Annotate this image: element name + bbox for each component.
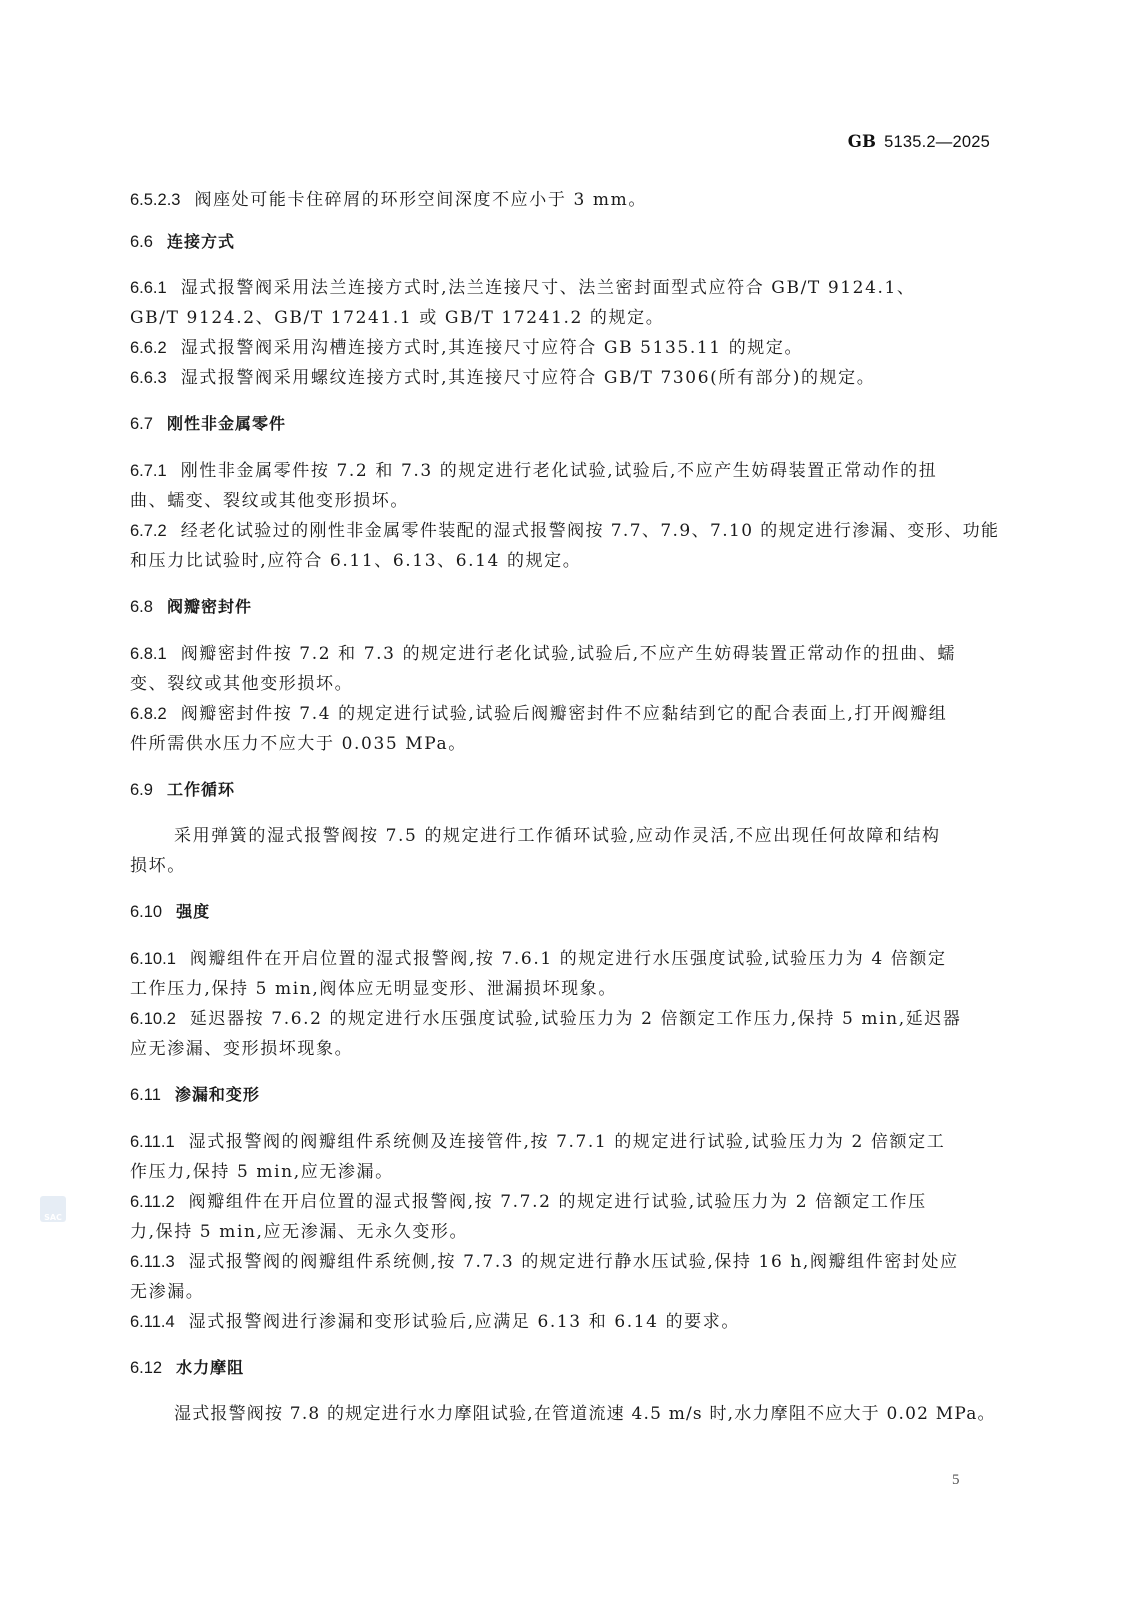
clause-number: 6.11.4 xyxy=(130,1313,175,1331)
clause-text: 阀瓣组件在开启位置的湿式报警阀,按 7.6.1 的规定进行水压强度试验,试验压力… xyxy=(190,949,947,969)
continuation-line: 和压力比试验时,应符合 6.11、6.13、6.14 的规定。 xyxy=(130,549,581,573)
clause-number: 6.7.2 xyxy=(130,522,167,540)
clause-number: 6.7.1 xyxy=(130,462,167,480)
section-title: 强度 xyxy=(176,902,210,921)
standard-code-header: GB5135.2—2025 xyxy=(848,132,990,152)
clause-number: 6.10.1 xyxy=(130,950,176,968)
section-heading: 6.12水力摩阻 xyxy=(130,1356,244,1380)
section-heading: 6.6连接方式 xyxy=(130,230,235,254)
section-heading: 6.11渗漏和变形 xyxy=(130,1083,260,1107)
continuation-line: 件所需供水压力不应大于 0.035 MPa。 xyxy=(130,732,467,756)
continuation-line: GB/T 9124.2、GB/T 17241.1 或 GB/T 17241.2 … xyxy=(130,306,664,330)
body-text: 曲、蠕变、裂纹或其他变形损坏。 xyxy=(130,491,409,511)
body-text: 力,保持 5 min,应无渗漏、无永久变形。 xyxy=(130,1222,468,1242)
body-text: 应无渗漏、变形损坏现象。 xyxy=(130,1039,353,1059)
continuation-line: 曲、蠕变、裂纹或其他变形损坏。 xyxy=(130,489,409,513)
page-number: 5 xyxy=(952,1472,960,1489)
body-text: 湿式报警阀按 7.8 的规定进行水力摩阻试验,在管道流速 4.5 m/s 时,水… xyxy=(174,1404,996,1424)
sac-watermark-icon: SAC xyxy=(40,1196,66,1222)
section-title: 阀瓣密封件 xyxy=(167,597,252,616)
section-heading: 6.9工作循环 xyxy=(130,778,235,802)
clause-line: 6.6.3湿式报警阀采用螺纹连接方式时,其连接尺寸应符合 GB/T 7306(所… xyxy=(130,366,875,390)
clause-number: 6.6.2 xyxy=(130,339,167,357)
standard-number: 5135.2—2025 xyxy=(884,133,990,151)
clause-number: 6.11.1 xyxy=(130,1133,175,1151)
section-number: 6.12 xyxy=(130,1359,162,1377)
section-number: 6.9 xyxy=(130,781,153,799)
clause-line: 6.7.1刚性非金属零件按 7.2 和 7.3 的规定进行老化试验,试验后,不应… xyxy=(130,459,937,483)
clause-text: 刚性非金属零件按 7.2 和 7.3 的规定进行老化试验,试验后,不应产生妨碍装… xyxy=(181,461,938,481)
clause-text: 经老化试验过的刚性非金属零件装配的湿式报警阀按 7.7、7.9、7.10 的规定… xyxy=(181,521,1000,541)
section-number: 6.6 xyxy=(130,233,153,251)
clause-number: 6.6.1 xyxy=(130,279,167,297)
clause-number: 6.6.3 xyxy=(130,369,167,387)
body-text: 无渗漏。 xyxy=(130,1282,204,1302)
clause-text: 延迟器按 7.6.2 的规定进行水压强度试验,试验压力为 2 倍额定工作压力,保… xyxy=(190,1009,962,1029)
clause-line: 6.7.2经老化试验过的刚性非金属零件装配的湿式报警阀按 7.7、7.9、7.1… xyxy=(130,519,999,543)
continuation-line: 无渗漏。 xyxy=(130,1280,204,1304)
clause-number: 6.5.2.3 xyxy=(130,191,180,209)
clause-line: 6.8.2阀瓣密封件按 7.4 的规定进行试验,试验后阀瓣密封件不应黏结到它的配… xyxy=(130,702,947,726)
clause-text: 湿式报警阀采用法兰连接方式时,法兰连接尺寸、法兰密封面型式应符合 GB/T 91… xyxy=(181,278,916,298)
clause-text: 阀瓣密封件按 7.4 的规定进行试验,试验后阀瓣密封件不应黏结到它的配合表面上,… xyxy=(181,704,948,724)
body-text: 损坏。 xyxy=(130,856,186,876)
body-text: 件所需供水压力不应大于 0.035 MPa。 xyxy=(130,734,467,754)
clause-text: 湿式报警阀进行渗漏和变形试验后,应满足 6.13 和 6.14 的要求。 xyxy=(189,1312,740,1332)
clause-line: 6.6.1湿式报警阀采用法兰连接方式时,法兰连接尺寸、法兰密封面型式应符合 GB… xyxy=(130,276,916,300)
clause-line: 6.11.2阀瓣组件在开启位置的湿式报警阀,按 7.7.2 的规定进行试验,试验… xyxy=(130,1190,927,1214)
clause-text: 湿式报警阀采用螺纹连接方式时,其连接尺寸应符合 GB/T 7306(所有部分)的… xyxy=(181,368,876,388)
clause-line: 6.5.2.3阀座处可能卡住碎屑的环形空间深度不应小于 3 mm。 xyxy=(130,188,647,212)
section-heading: 6.8阀瓣密封件 xyxy=(130,595,252,619)
body-text: 作压力,保持 5 min,应无渗漏。 xyxy=(130,1162,394,1182)
paragraph-line: 采用弹簧的湿式报警阀按 7.5 的规定进行工作循环试验,应动作灵活,不应出现任何… xyxy=(130,824,941,848)
clause-text: 阀瓣密封件按 7.2 和 7.3 的规定进行老化试验,试验后,不应产生妨碍装置正… xyxy=(181,644,956,664)
section-heading: 6.7刚性非金属零件 xyxy=(130,412,286,436)
clause-line: 6.10.1阀瓣组件在开启位置的湿式报警阀,按 7.6.1 的规定进行水压强度试… xyxy=(130,947,947,971)
continuation-line: 力,保持 5 min,应无渗漏、无永久变形。 xyxy=(130,1220,468,1244)
clause-number: 6.10.2 xyxy=(130,1010,176,1028)
body-text: GB/T 9124.2、GB/T 17241.1 或 GB/T 17241.2 … xyxy=(130,308,664,328)
continuation-line: 变、裂纹或其他变形损坏。 xyxy=(130,672,353,696)
clause-text: 阀座处可能卡住碎屑的环形空间深度不应小于 3 mm。 xyxy=(194,190,646,210)
continuation-line: 作压力,保持 5 min,应无渗漏。 xyxy=(130,1160,394,1184)
clause-text: 湿式报警阀采用沟槽连接方式时,其连接尺寸应符合 GB 5135.11 的规定。 xyxy=(181,338,803,358)
continuation-line: 工作压力,保持 5 min,阀体应无明显变形、泄漏损坏现象。 xyxy=(130,977,617,1001)
clause-line: 6.10.2延迟器按 7.6.2 的规定进行水压强度试验,试验压力为 2 倍额定… xyxy=(130,1007,962,1031)
clause-line: 6.11.4湿式报警阀进行渗漏和变形试验后,应满足 6.13 和 6.14 的要… xyxy=(130,1310,740,1334)
continuation-line: 应无渗漏、变形损坏现象。 xyxy=(130,1037,353,1061)
section-heading: 6.10强度 xyxy=(130,900,210,924)
body-text: 工作压力,保持 5 min,阀体应无明显变形、泄漏损坏现象。 xyxy=(130,979,617,999)
clause-text: 湿式报警阀的阀瓣组件系统侧,按 7.7.3 的规定进行静水压试验,保持 16 h… xyxy=(189,1252,959,1272)
clause-number: 6.11.3 xyxy=(130,1253,175,1271)
section-title: 连接方式 xyxy=(167,232,235,251)
section-title: 水力摩阻 xyxy=(176,1358,244,1377)
section-number: 6.11 xyxy=(130,1086,161,1104)
body-text: 采用弹簧的湿式报警阀按 7.5 的规定进行工作循环试验,应动作灵活,不应出现任何… xyxy=(174,826,941,846)
paragraph-line: 湿式报警阀按 7.8 的规定进行水力摩阻试验,在管道流速 4.5 m/s 时,水… xyxy=(130,1402,996,1426)
clause-number: 6.8.2 xyxy=(130,705,167,723)
body-text: 和压力比试验时,应符合 6.11、6.13、6.14 的规定。 xyxy=(130,551,581,571)
section-number: 6.8 xyxy=(130,598,153,616)
continuation-line: 损坏。 xyxy=(130,854,186,878)
standard-prefix: GB xyxy=(848,132,876,151)
section-title: 刚性非金属零件 xyxy=(167,414,286,433)
body-text: 变、裂纹或其他变形损坏。 xyxy=(130,674,353,694)
clause-line: 6.11.3湿式报警阀的阀瓣组件系统侧,按 7.7.3 的规定进行静水压试验,保… xyxy=(130,1250,959,1274)
clause-text: 湿式报警阀的阀瓣组件系统侧及连接管件,按 7.7.1 的规定进行试验,试验压力为… xyxy=(189,1132,946,1152)
clause-number: 6.11.2 xyxy=(130,1193,175,1211)
section-number: 6.10 xyxy=(130,903,162,921)
section-title: 工作循环 xyxy=(167,780,235,799)
section-title: 渗漏和变形 xyxy=(175,1085,260,1104)
clause-line: 6.11.1湿式报警阀的阀瓣组件系统侧及连接管件,按 7.7.1 的规定进行试验… xyxy=(130,1130,945,1154)
clause-number: 6.8.1 xyxy=(130,645,167,663)
section-number: 6.7 xyxy=(130,415,153,433)
clause-text: 阀瓣组件在开启位置的湿式报警阀,按 7.7.2 的规定进行试验,试验压力为 2 … xyxy=(189,1192,927,1212)
clause-line: 6.8.1阀瓣密封件按 7.2 和 7.3 的规定进行老化试验,试验后,不应产生… xyxy=(130,642,956,666)
clause-line: 6.6.2湿式报警阀采用沟槽连接方式时,其连接尺寸应符合 GB 5135.11 … xyxy=(130,336,803,360)
